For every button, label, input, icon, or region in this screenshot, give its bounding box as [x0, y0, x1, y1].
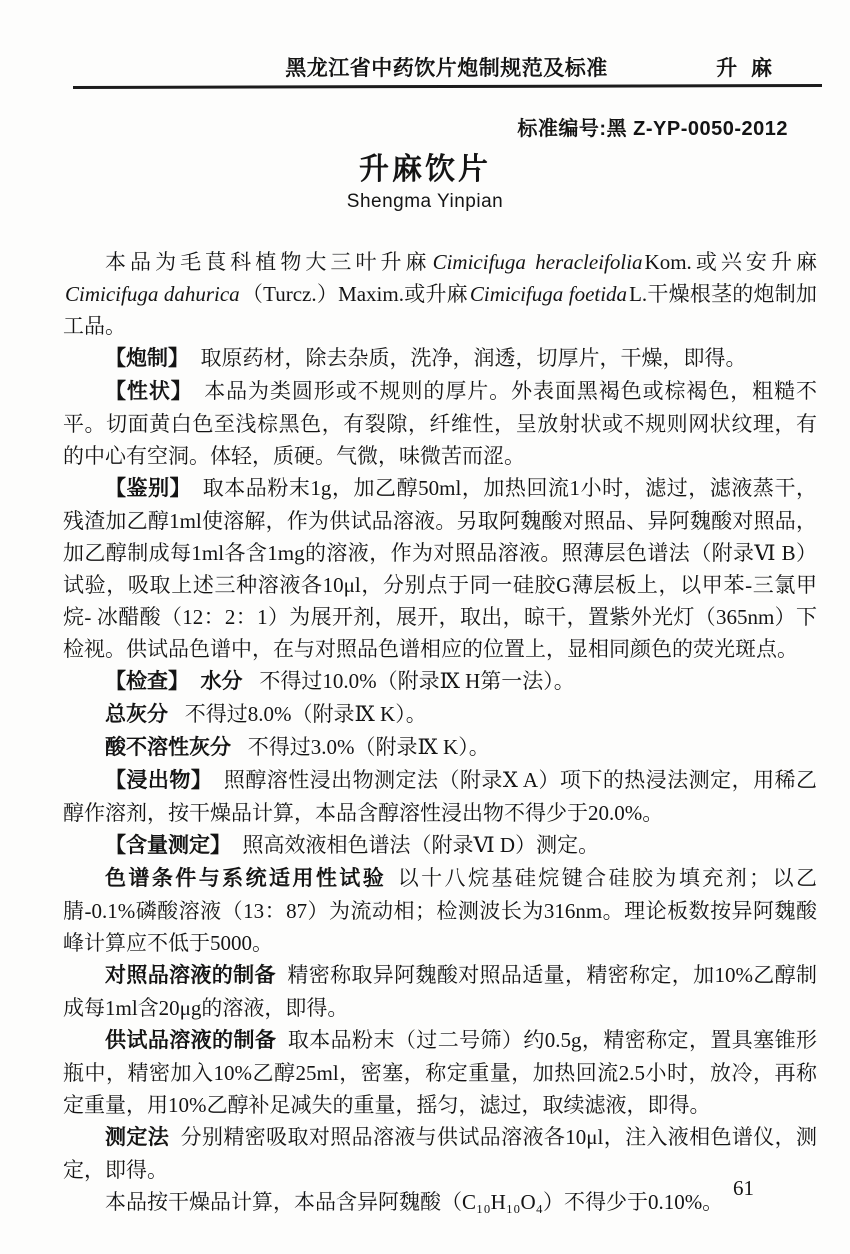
section-duizhao: 对照品溶液的制备精密称取异阿魏酸对照品适量，精密称定，加10%乙醇制成每1ml含…	[63, 959, 817, 1024]
section-jiancha-label: 【检查】	[105, 670, 189, 693]
section-cedingfa: 测定法分别精密吸取对照品溶液与供试品溶液各10μl，注入液相色谱仪，测定，即得。	[63, 1121, 817, 1186]
intro-text-1: Kom.或兴安升麻	[645, 250, 817, 274]
section-jianbie-label: 【鉴别】	[105, 477, 191, 500]
section-final-text: 本品按干燥品计算，本品含异阿魏酸（C₁₀H₁₀O₄）不得少于0.10%。	[105, 1190, 723, 1214]
section-jianbie-text: 取本品粉末1g，加乙醇50ml，加热回流1小时，滤过，滤液蒸干，残渣加乙醇1ml…	[63, 476, 817, 661]
section-xingzhuang: 【性状】本品为类圆形或不规则的厚片。外表面黑褐色或棕褐色，粗糙不平。切面黄白色至…	[63, 375, 817, 472]
section-sepu: 色谱条件与系统适用性试验以十八烷基硅烷键合硅胶为填充剂；以乙腈-0.1%磷酸溶液…	[63, 862, 817, 959]
intro-text-2: （Turcz.）Maxim.或升麻	[242, 282, 468, 306]
latin-name-3: Cimicifuga foetida	[470, 282, 627, 306]
intro-text-0: 本品为毛茛科植物大三叶升麻	[105, 250, 431, 274]
section-final: 本品按干燥品计算，本品含异阿魏酸（C₁₀H₁₀O₄）不得少于0.10%。	[63, 1186, 817, 1218]
standard-number: 标准编号:黑 Z-YP-0050-2012	[517, 112, 788, 141]
page-header: 黑龙江省中药饮片炮制规范及标准 升 麻	[75, 52, 818, 80]
doc-title: 升麻饮片	[0, 144, 850, 188]
intro-paragraph: 本品为毛茛科植物大三叶升麻Cimicifuga heracleifoliaKom…	[63, 246, 817, 342]
section-jiancha-text: 不得过10.0%（附录Ⅸ H第一法）。	[259, 669, 574, 693]
doc-body: 本品为毛茛科植物大三叶升麻Cimicifuga heracleifoliaKom…	[63, 246, 817, 1218]
section-paozhi: 【炮制】取原药材，除去杂质，洗净，润透，切厚片，干燥，即得。	[63, 342, 817, 375]
section-hanliang-label: 【含量测定】	[105, 834, 231, 857]
section-zonghuifen-label: 总灰分	[105, 703, 168, 726]
page-number: 61	[733, 1176, 754, 1201]
document-page: 黑龙江省中药饮片炮制规范及标准 升 麻 标准编号:黑 Z-YP-0050-201…	[0, 0, 850, 1254]
section-duizhao-label: 对照品溶液的制备	[105, 964, 276, 987]
section-zonghuifen: 总灰分不得过8.0%（附录Ⅸ K）。	[63, 698, 817, 731]
latin-name-1: Cimicifuga heracleifolia	[433, 250, 643, 274]
section-suanhuifen-label: 酸不溶性灰分	[105, 736, 231, 759]
header-herb-name: 升 麻	[716, 52, 776, 82]
section-jiancha: 【检查】水分不得过10.0%（附录Ⅸ H第一法）。	[63, 665, 817, 698]
section-gongshi: 供试品溶液的制备取本品粉末（过二号筛）约0.5g，精密称定，置具塞锥形瓶中，精密…	[63, 1024, 817, 1121]
section-jianbie: 【鉴别】取本品粉末1g，加乙醇50ml，加热回流1小时，滤过，滤液蒸干，残渣加乙…	[63, 472, 817, 665]
section-hanliang: 【含量测定】照高效液相色谱法（附录Ⅵ D）测定。	[63, 829, 817, 862]
section-gongshi-label: 供试品溶液的制备	[105, 1029, 276, 1052]
header-book-title: 黑龙江省中药饮片炮制规范及标准	[75, 52, 818, 82]
section-paozhi-text: 取原药材，除去杂质，洗净，润透，切厚片，干燥，即得。	[201, 346, 747, 370]
section-paozhi-label: 【炮制】	[105, 347, 189, 370]
section-xingzhuang-label: 【性状】	[105, 380, 193, 403]
section-zonghuifen-text: 不得过8.0%（附录Ⅸ K）。	[185, 702, 427, 726]
section-cedingfa-label: 测定法	[105, 1126, 169, 1149]
latin-name-2: Cimicifuga dahurica	[65, 282, 240, 306]
section-jinchuwu-label: 【浸出物】	[105, 769, 212, 792]
section-hanliang-text: 照高效液相色谱法（附录Ⅵ D）测定。	[243, 833, 600, 857]
doc-title-pinyin: Shengma Yinpian	[0, 191, 850, 213]
section-suanhuifen-text: 不得过3.0%（附录Ⅸ K）。	[248, 735, 490, 759]
section-sepu-label: 色谱条件与系统适用性试验	[105, 867, 386, 890]
section-jinchuwu: 【浸出物】照醇溶性浸出物测定法（附录Ⅹ A）项下的热浸法测定，用稀乙醇作溶剂，按…	[63, 764, 817, 829]
section-cedingfa-text: 分别精密吸取对照品溶液与供试品溶液各10μl，注入液相色谱仪，测定，即得。	[63, 1125, 817, 1182]
section-jiancha-sublabel: 水分	[201, 670, 243, 693]
header-rule	[73, 84, 822, 89]
section-suanhuifen: 酸不溶性灰分不得过3.0%（附录Ⅸ K）。	[63, 731, 817, 764]
